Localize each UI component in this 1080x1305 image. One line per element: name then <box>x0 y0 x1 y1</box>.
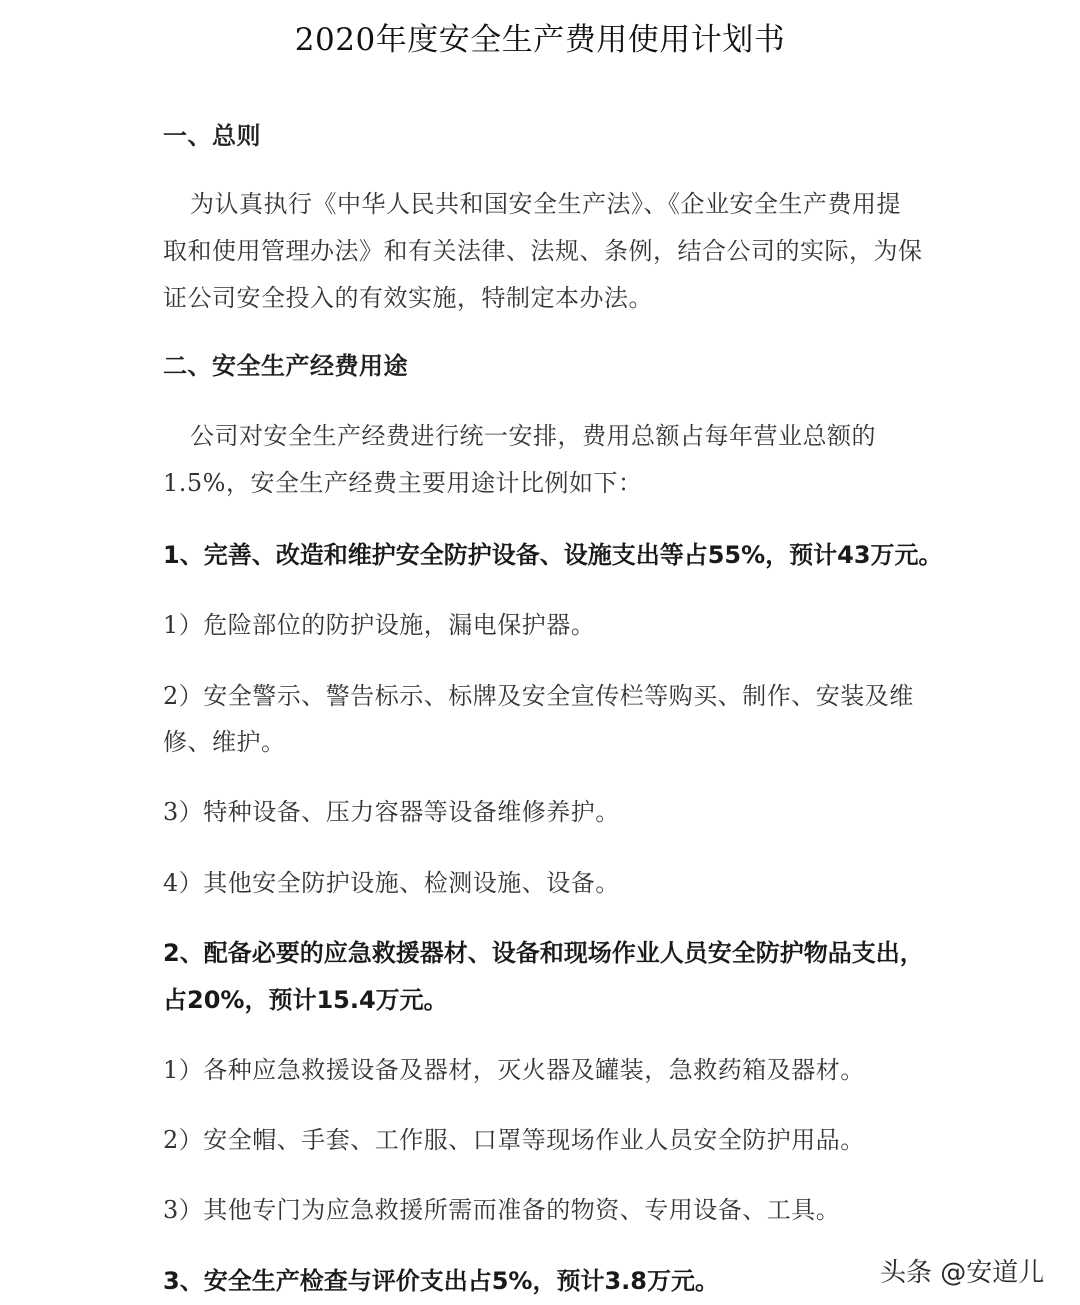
section-heading-general: 一、总则 <box>163 116 261 151</box>
document-title: 2020年度安全生产费用使用计划书 <box>0 14 1080 59</box>
paragraph-line: 公司对安全生产经费进行统一安排，费用总额占每年营业总额的 <box>190 416 876 451</box>
list-item: 3）其他专门为应急救援所需而准备的物资、专用设备、工具。 <box>163 1190 840 1225</box>
list-item: 1）危险部位的防护设施，漏电保护器。 <box>163 605 595 640</box>
list-item: 1）各种应急救援设备及器材，灭火器及罐装，急救药箱及器材。 <box>163 1050 865 1085</box>
paragraph-line: 取和使用管理办法》和有关法律、法规、条例，结合公司的实际，为保 <box>163 231 923 266</box>
item-2-title: 2、配备必要的应急救援器材、设备和现场作业人员安全防护物品支出， <box>163 933 924 968</box>
item-3-title: 3、安全生产检查与评价支出占5%，预计3.8万元。 <box>163 1261 719 1296</box>
list-item: 4）其他安全防护设施、检测设施、设备。 <box>163 863 620 898</box>
list-item: 2）安全警示、警告标示、标牌及安全宣传栏等购买、制作、安装及维 <box>163 676 914 711</box>
paragraph-line: 1.5%，安全生产经费主要用途计比例如下： <box>163 463 642 498</box>
paragraph-line: 证公司安全投入的有效实施，特制定本办法。 <box>163 278 653 313</box>
item-1-title: 1、完善、改造和维护安全防护设备、设施支出等占55%，预计43万元。 <box>163 535 943 570</box>
section-heading-usage: 二、安全生产经费用途 <box>163 346 408 381</box>
list-item: 2）安全帽、手套、工作服、口罩等现场作业人员安全防护用品。 <box>163 1120 865 1155</box>
list-item: 3）特种设备、压力容器等设备维修养护。 <box>163 792 620 827</box>
item-2-title: 占20%，预计15.4万元。 <box>163 980 448 1015</box>
watermark: 头条 @安道儿 <box>880 1252 1044 1289</box>
list-item: 修、维护。 <box>163 722 286 757</box>
paragraph-line: 为认真执行《中华人民共和国安全生产法》、《企业安全生产费用提 <box>190 184 901 219</box>
